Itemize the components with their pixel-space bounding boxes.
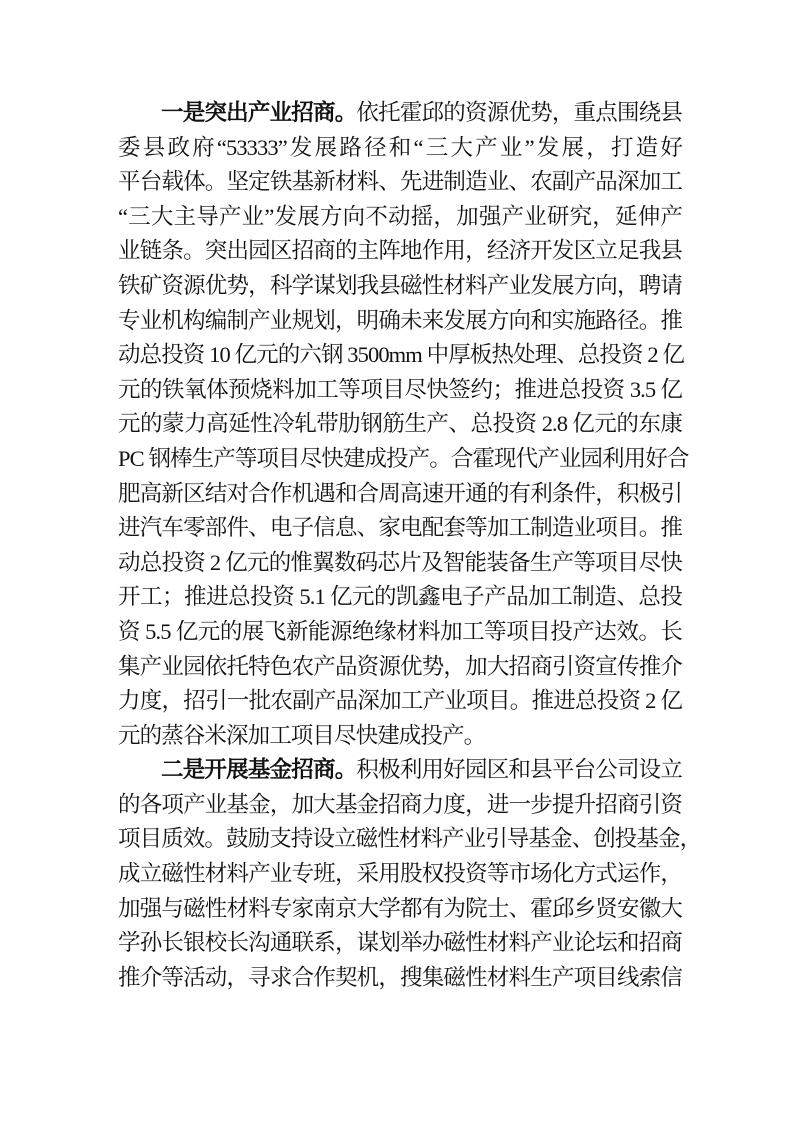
text-line: 元的蒸谷米深加工项目尽快建成投产。 (118, 719, 682, 754)
text-line: PC 钢棒生产等项目尽快建成投产。合霍现代产业园利用好合 (118, 442, 682, 477)
body-text: PC 钢棒生产等项目尽快建成投产。合霍现代产业园利用好合 (118, 446, 688, 471)
body-text: 元的铁氧体预烧料加工等项目尽快签约；推进总投资 3.5 亿 (118, 377, 682, 402)
body-text: 加强与磁性材料专家南京大学都有为院士、霍邱乡贤安徽大 (118, 896, 682, 921)
text-line: 学孙长银校长沟通联系，谋划举办磁性材料产业论坛和招商 (118, 926, 682, 961)
body-text: 业链条。突出园区招商的主阵地作用，经济开发区立足我县 (118, 238, 682, 263)
body-text: 平台载体。坚定铁基新材料、先进制造业、农副产品深加工 (118, 169, 682, 194)
text-line: “三大主导产业”发展方向不动摇，加强产业研究，延伸产 (118, 200, 682, 235)
body-text: 委县政府“53333”发展路径和“三大产业”发展，打造好 (118, 135, 682, 160)
body-text: 学孙长银校长沟通联系，谋划举办磁性材料产业论坛和招商 (118, 930, 682, 955)
body-text: 资 5.5 亿元的展飞新能源绝缘材料加工等项目投产达效。长 (118, 619, 682, 644)
body-text: 动总投资 2 亿元的惟翼数码芯片及智能装备生产等项目尽快 (118, 550, 682, 575)
text-line: 推介等活动，寻求合作契机，搜集磁性材料生产项目线索信 (118, 961, 682, 996)
document-page: 一是突出产业招商。依托霍邱的资源优势，重点围绕县委县政府“53333”发展路径和… (0, 0, 793, 1122)
body-text: 项目质效。鼓励支持设立磁性材料产业引导基金、创投基金， (118, 826, 701, 851)
body-text: 进汽车零部件、电子信息、家电配套等加工制造业项目。推 (118, 515, 682, 540)
text-line: 专业机构编制产业规划，明确未来发展方向和实施路径。推 (118, 304, 682, 339)
text-line: 元的铁氧体预烧料加工等项目尽快签约；推进总投资 3.5 亿 (118, 373, 682, 408)
body-text: 开工；推进总投资 5.1 亿元的凯鑫电子产品加工制造、总投 (118, 584, 682, 609)
text-line: 动总投资 10 亿元的六钢 3500mm 中厚板热处理、总投资 2 亿 (118, 338, 682, 373)
text-line: 平台载体。坚定铁基新材料、先进制造业、农副产品深加工 (118, 165, 682, 200)
body-text: 专业机构编制产业规划，明确未来发展方向和实施路径。推 (118, 308, 682, 333)
text-line: 力度，招引一批农副产品深加工产业项目。推进总投资 2 亿 (118, 684, 682, 719)
text-line: 开工；推进总投资 5.1 亿元的凯鑫电子产品加工制造、总投 (118, 580, 682, 615)
body-text: 成立磁性材料产业专班，采用股权投资等市场化方式运作， (118, 861, 682, 886)
body-text: 依托霍邱的资源优势，重点围绕县 (356, 100, 682, 125)
text-line: 资 5.5 亿元的展飞新能源绝缘材料加工等项目投产达效。长 (118, 615, 682, 650)
body-text: 动总投资 10 亿元的六钢 3500mm 中厚板热处理、总投资 2 亿 (118, 342, 684, 367)
text-line: 加强与磁性材料专家南京大学都有为院士、霍邱乡贤安徽大 (118, 892, 682, 927)
text-line: 元的蒙力高延性冷轧带肋钢筋生产、总投资 2.8 亿元的东康 (118, 407, 682, 442)
body-text: 元的蒙力高延性冷轧带肋钢筋生产、总投资 2.8 亿元的东康 (118, 411, 682, 436)
text-line: 肥高新区结对合作机遇和合周高速开通的有利条件，积极引 (118, 477, 682, 512)
body-text: 铁矿资源优势，科学谋划我县磁性材料产业发展方向，聘请 (118, 273, 682, 298)
text-line: 铁矿资源优势，科学谋划我县磁性材料产业发展方向，聘请 (118, 269, 682, 304)
text-line: 的各项产业基金，加大基金招商力度，进一步提升招商引资 (118, 788, 682, 823)
document-body: 一是突出产业招商。依托霍邱的资源优势，重点围绕县委县政府“53333”发展路径和… (118, 96, 682, 995)
body-text: 力度，招引一批农副产品深加工产业项目。推进总投资 2 亿 (118, 688, 682, 713)
text-line: 成立磁性材料产业专班，采用股权投资等市场化方式运作， (118, 857, 682, 892)
body-text: “三大主导产业”发展方向不动摇，加强产业研究，延伸产 (118, 204, 682, 229)
text-line: 委县政府“53333”发展路径和“三大产业”发展，打造好 (118, 131, 682, 166)
bold-lead-text: 二是开展基金招商。 (161, 757, 356, 782)
body-text: 推介等活动，寻求合作契机，搜集磁性材料生产项目线索信 (118, 965, 682, 990)
body-text: 肥高新区结对合作机遇和合周高速开通的有利条件，积极引 (118, 481, 682, 506)
text-line: 进汽车零部件、电子信息、家电配套等加工制造业项目。推 (118, 511, 682, 546)
text-line: 业链条。突出园区招商的主阵地作用，经济开发区立足我县 (118, 234, 682, 269)
text-line: 项目质效。鼓励支持设立磁性材料产业引导基金、创投基金， (118, 822, 682, 857)
bold-lead-text: 一是突出产业招商。 (161, 100, 356, 125)
body-text: 积极利用好园区和县平台公司设立 (356, 757, 682, 782)
text-line: 一是突出产业招商。依托霍邱的资源优势，重点围绕县 (118, 96, 682, 131)
paragraph-2: 二是开展基金招商。积极利用好园区和县平台公司设立的各项产业基金，加大基金招商力度… (118, 753, 682, 995)
text-line: 二是开展基金招商。积极利用好园区和县平台公司设立 (118, 753, 682, 788)
body-text: 的各项产业基金，加大基金招商力度，进一步提升招商引资 (118, 792, 682, 817)
paragraph-1: 一是突出产业招商。依托霍邱的资源优势，重点围绕县委县政府“53333”发展路径和… (118, 96, 682, 753)
text-line: 动总投资 2 亿元的惟翼数码芯片及智能装备生产等项目尽快 (118, 546, 682, 581)
body-text: 元的蒸谷米深加工项目尽快建成投产。 (118, 723, 485, 748)
body-text: 集产业园依托特色农产品资源优势，加大招商引资宣传推介 (118, 654, 682, 679)
text-line: 集产业园依托特色农产品资源优势，加大招商引资宣传推介 (118, 650, 682, 685)
